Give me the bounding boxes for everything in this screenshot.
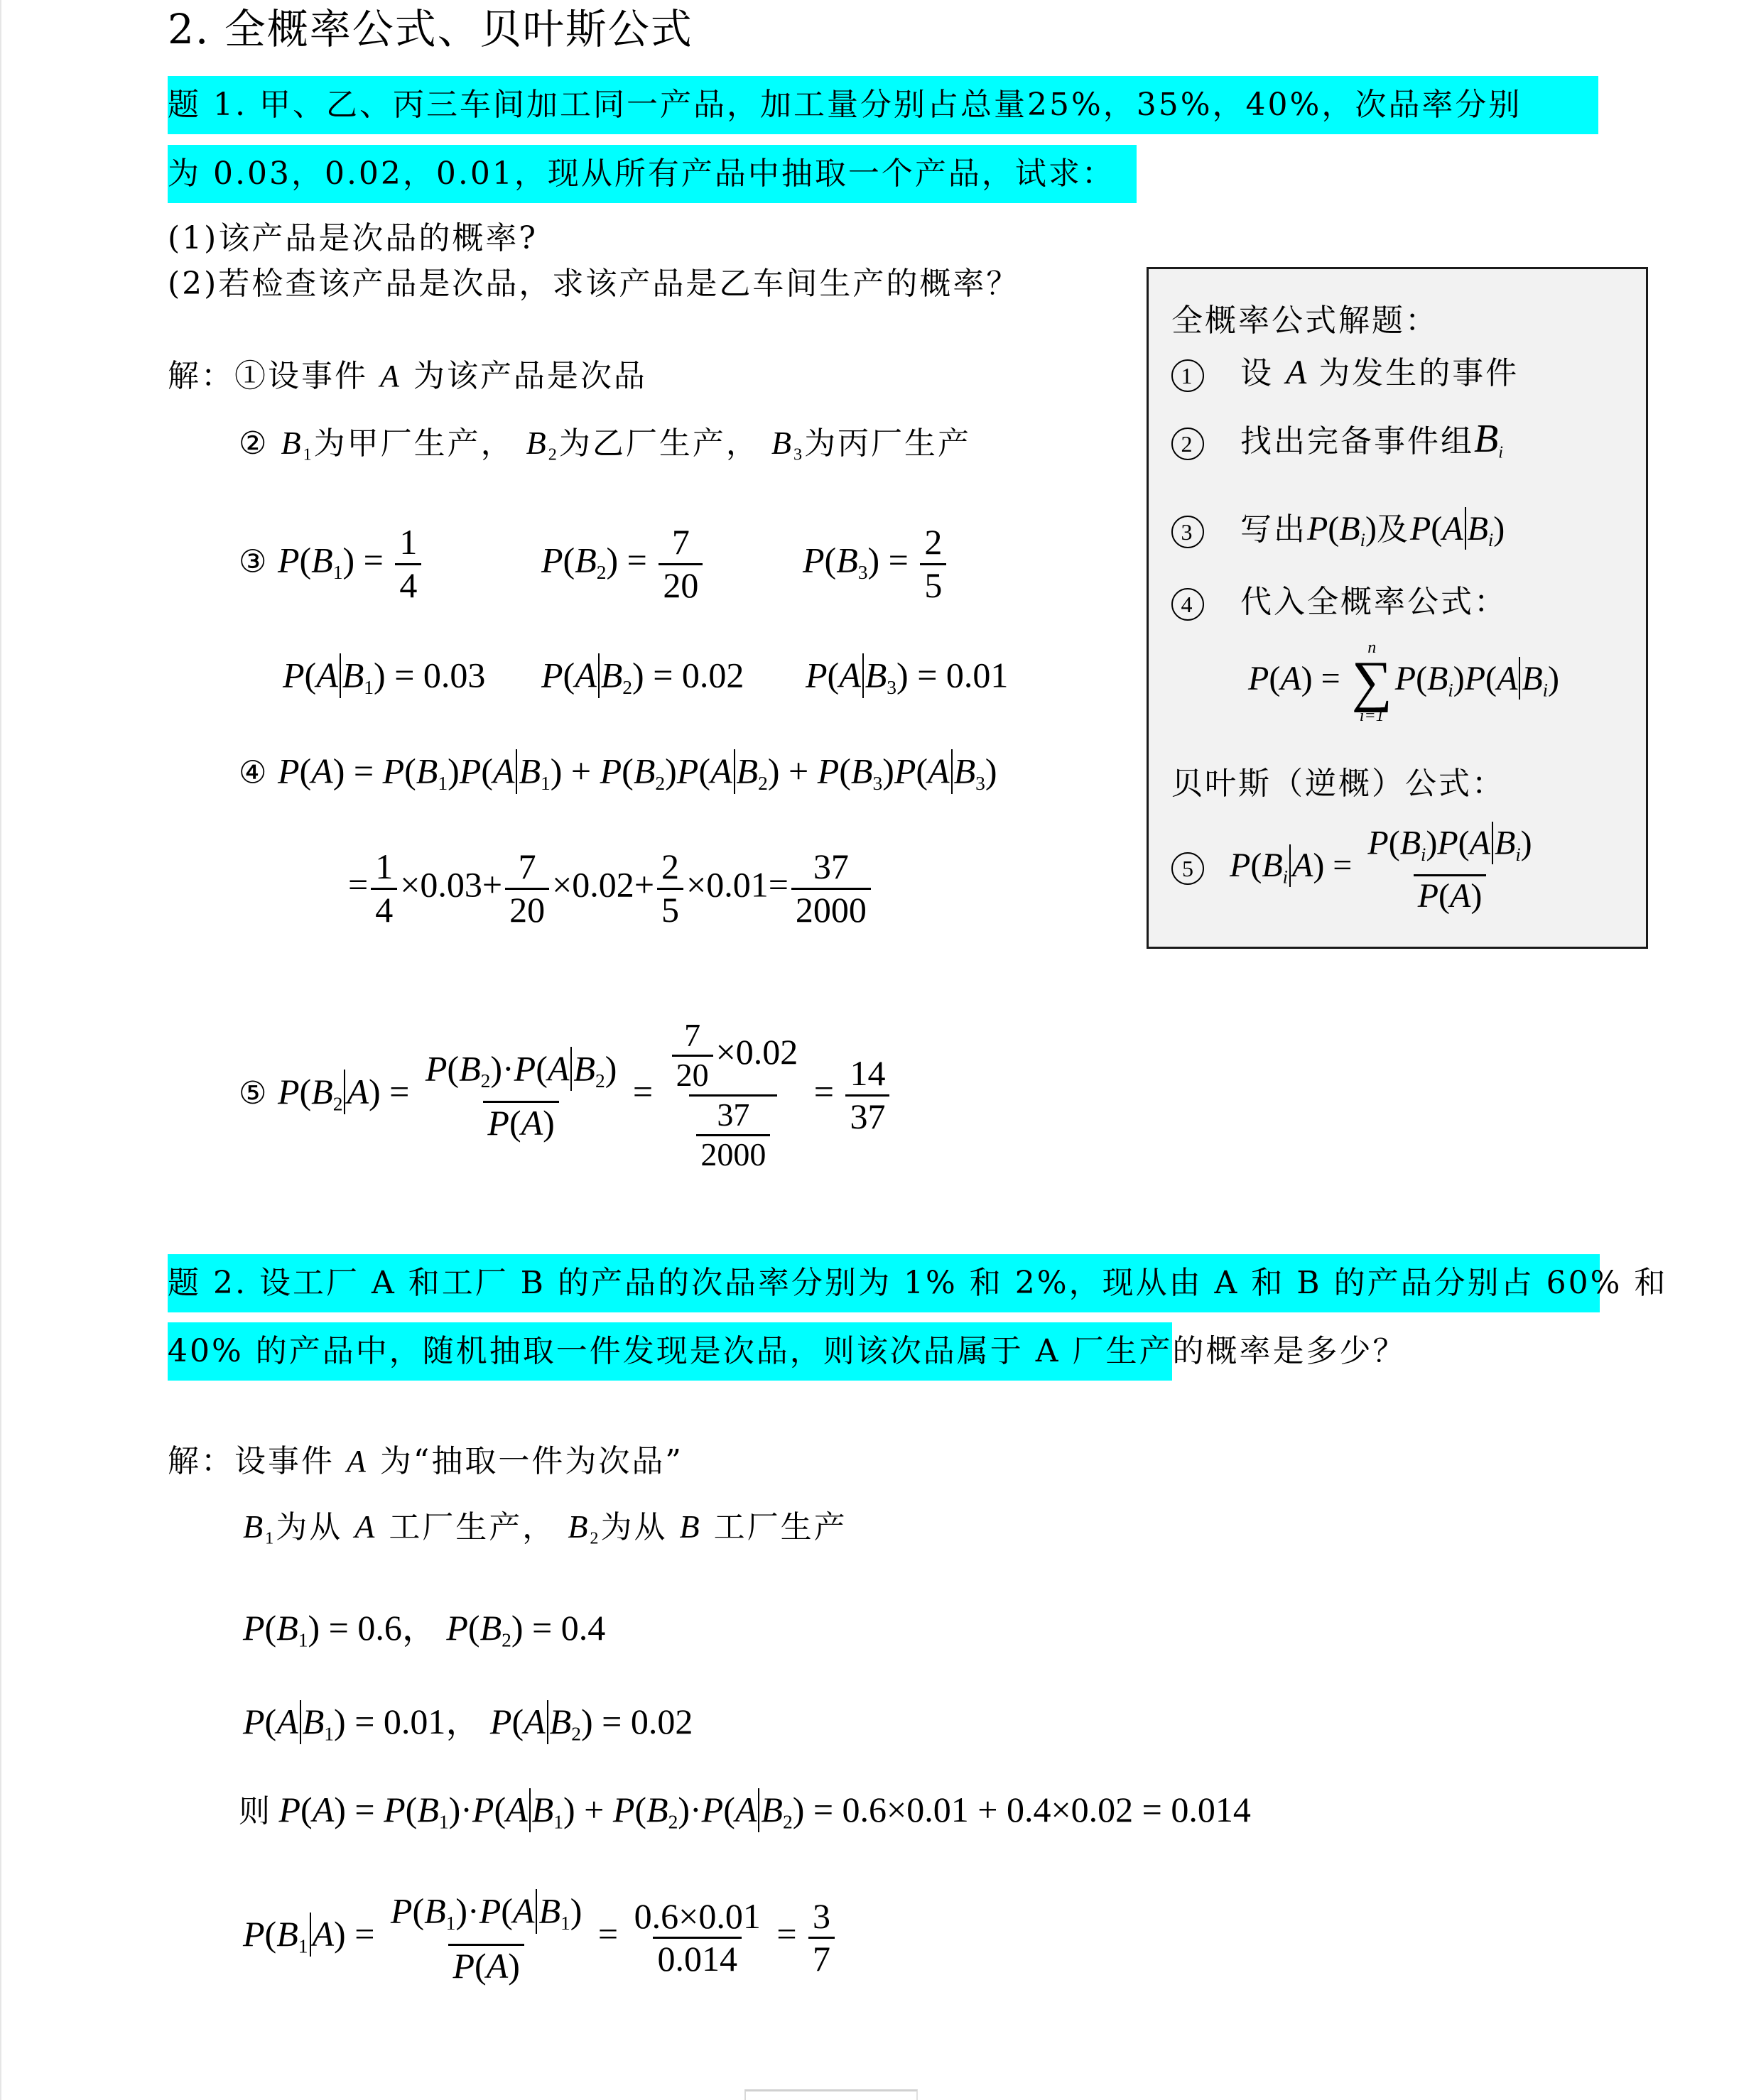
solution1-prior-2: P(B2) = 720 [541, 522, 705, 606]
solution1-total-probability-calc: =14×0.03+720×0.02+25×0.01=372000 [348, 847, 874, 930]
solution2-bayes: P(B1A) = P(B1)·P(AB1)P(A) = 0.6×0.010.01… [243, 1889, 838, 1986]
solution-label: 解： [168, 358, 234, 394]
problem1-question2: (2)若检查该产品是次品，求该产品是乙车间生产的概率？ [168, 264, 1019, 304]
solution1-bayes: ⑤ P(B2A) = P(B2)·P(AB2)P(A) = 720×0.0237… [239, 1017, 892, 1174]
problem1-question1: (1)该产品是次品的概率? [168, 219, 538, 259]
step-marker: ② [239, 425, 269, 462]
bayes-formula: 5 P(BiA) = P(Bi)P(ABi)P(A) [1171, 822, 1539, 915]
total-probability-formula: P(A) = n∑i=1P(Bi)P(ABi) [1248, 638, 1559, 725]
box-step-4: 4 代入全概率公式： [1171, 576, 1507, 621]
fraction-prior-1: 14 [395, 522, 421, 606]
step-marker: ① [234, 358, 268, 394]
solution1-step1: 解：①设事件 A 为该产品是次品 [168, 357, 647, 396]
page-left-edge [0, 0, 1, 2100]
method-summary-box: 全概率公式解题： 1 设 A 为发生的事件 2 找出完备事件组Bi 3 写出P(… [1147, 267, 1648, 949]
circled-number: 5 [1171, 852, 1204, 885]
next-page-edge [744, 2089, 918, 2100]
solution1-likelihood-3: P(AB3) = 0.01 [806, 653, 1008, 699]
problem2-line1: 题 2. 设工厂 A 和工厂 B 的产品的次品率分别为 1% 和 2%，现从由 … [168, 1254, 1667, 1312]
circled-number: 4 [1171, 588, 1204, 621]
problem1-line2: 为 0.03，0.02，0.01，现从所有产品中抽取一个产品，试求： [168, 145, 1115, 203]
solution2-line1: 解：设事件 A 为“抽取一件为次品” [168, 1442, 683, 1481]
problem2-line2: 40% 的产品中，随机抽取一件发现是次品，则该次品属于 A 厂生产的概率是多少？ [168, 1322, 1407, 1381]
box-step-3: 3 写出P(Bi)及P(ABi) [1171, 504, 1505, 551]
solution2-likelihoods: P(AB1) = 0.01， P(AB2) = 0.02 [243, 1693, 693, 1746]
solution2-line2: B1为从 A 工厂生产， B2为从 B 工厂生产 [243, 1507, 847, 1558]
circled-number: 1 [1171, 359, 1204, 392]
solution1-priors: ③ P(B1) = 14 [239, 522, 424, 606]
box-step-1: 1 设 A 为发生的事件 [1171, 347, 1519, 393]
solution2-total-probability: 则 P(A) = P(B1)·P(AB1) + P(B2)·P(AB2) = 0… [239, 1785, 1251, 1834]
circled-number: 3 [1171, 516, 1204, 548]
section-title: 2. 全概率公式、贝叶斯公式 [168, 4, 693, 54]
solution2-priors: P(B1) = 0.6， P(B2) = 0.4 [243, 1599, 605, 1652]
bayes-title: 贝叶斯（逆概）公式： [1171, 758, 1505, 803]
step-marker: ④ [239, 755, 269, 791]
solution1-likelihood-2: P(AB2) = 0.02 [541, 653, 744, 699]
circled-number: 2 [1171, 428, 1204, 460]
solution1-prior-3: P(B3) = 25 [803, 522, 949, 606]
step-marker: ⑤ [239, 1075, 269, 1111]
solution1-total-probability-formula: ④ P(A) = P(B1)P(AB1) + P(B2)P(AB2) + P(B… [239, 749, 997, 795]
problem1-line1: 题 1. 甲、乙、丙三车间加工同一产品，加工量分别占总量25%，35%，40%，… [168, 76, 1522, 134]
solution1-step2: ② B1为甲厂生产， B2为乙厂生产， B3为丙厂生产 [239, 423, 971, 474]
solution1-likelihood-1: P(AB1) = 0.03 [283, 653, 485, 699]
box-step-2: 2 找出完备事件组Bi [1171, 415, 1505, 462]
step-marker: ③ [239, 543, 269, 580]
box-title: 全概率公式解题： [1171, 295, 1438, 340]
